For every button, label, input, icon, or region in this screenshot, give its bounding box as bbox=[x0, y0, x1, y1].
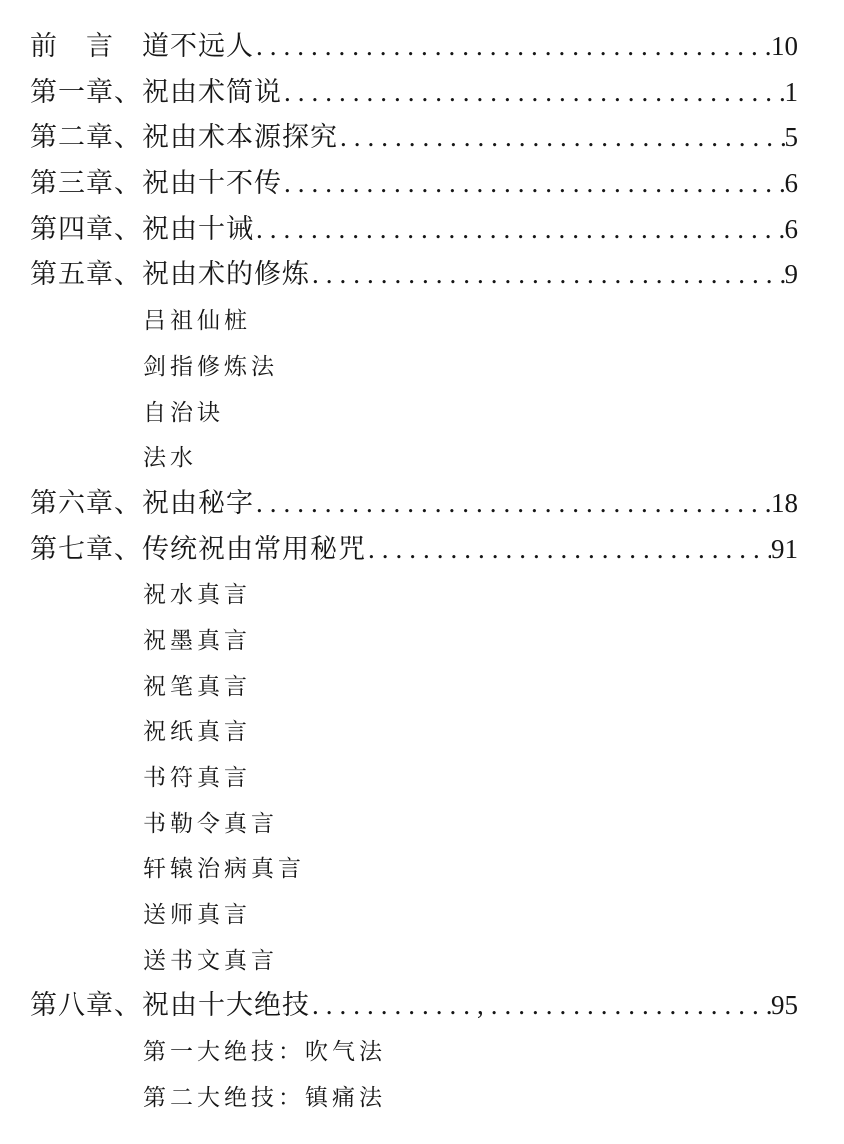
toc-leader-dots: ........................................… bbox=[338, 115, 785, 161]
toc-entry: 自治诀 bbox=[30, 390, 798, 436]
toc-entry-title: 吕祖仙桩 bbox=[143, 298, 251, 344]
toc-leader-dots: ........................................… bbox=[366, 527, 771, 573]
toc-page-number: 6 bbox=[785, 207, 799, 253]
toc-leader-dots: ........................................… bbox=[254, 207, 785, 253]
toc-entry-title: 送师真言 bbox=[143, 892, 251, 938]
toc-entry: 第四章、祝由十诫 ...............................… bbox=[30, 207, 798, 253]
table-of-contents: 前 言 道不远人 ...............................… bbox=[30, 24, 798, 1121]
toc-page-number: 9 bbox=[785, 252, 799, 298]
toc-entry: 法水 bbox=[30, 435, 798, 481]
toc-leader-dots: ........................................… bbox=[310, 252, 785, 298]
toc-leader-dots: ........................................… bbox=[282, 70, 785, 116]
toc-entry: 书勒令真言 bbox=[30, 801, 798, 847]
toc-entry-title: 第五章、祝由术的修炼 bbox=[30, 252, 310, 298]
toc-entry: 前 言 道不远人 ...............................… bbox=[30, 24, 798, 70]
toc-entry-title: 自治诀 bbox=[143, 390, 224, 436]
toc-entry: 第一大绝技：吹气法 bbox=[30, 1029, 798, 1075]
toc-entry: 第七章、传统祝由常用秘咒 ...........................… bbox=[30, 527, 798, 573]
toc-leader-dots: ........................................… bbox=[254, 24, 771, 70]
toc-entry-title: 第二大绝技：镇痛法 bbox=[143, 1075, 386, 1121]
toc-entry: 祝墨真言 bbox=[30, 618, 798, 664]
toc-entry: 第一章、祝由术简说 ..............................… bbox=[30, 70, 798, 116]
toc-entry-title: 第一大绝技：吹气法 bbox=[143, 1029, 386, 1075]
toc-entry-title: 第七章、传统祝由常用秘咒 bbox=[30, 527, 366, 573]
toc-entry: 第六章、祝由秘字 ...............................… bbox=[30, 481, 798, 527]
toc-entry-title: 祝墨真言 bbox=[143, 618, 251, 664]
toc-entry-title: 第八章、祝由十大绝技 bbox=[30, 983, 310, 1029]
toc-leader-dots: ........................................… bbox=[254, 481, 771, 527]
toc-entry: 剑指修炼法 bbox=[30, 344, 798, 390]
toc-page-number: 18 bbox=[771, 481, 798, 527]
toc-entry-title: 第三章、祝由十不传 bbox=[30, 161, 282, 207]
toc-entry: 第八章、祝由十大绝技 ............,................… bbox=[30, 983, 798, 1029]
toc-entry: 祝笔真言 bbox=[30, 664, 798, 710]
toc-entry-title: 书符真言 bbox=[143, 755, 251, 801]
toc-page-number: 95 bbox=[771, 983, 798, 1029]
toc-entry-title: 前 言 道不远人 bbox=[30, 24, 254, 70]
toc-entry-title: 祝笔真言 bbox=[143, 664, 251, 710]
toc-entry-title: 祝水真言 bbox=[143, 572, 251, 618]
toc-entry: 祝纸真言 bbox=[30, 709, 798, 755]
toc-page-number: 5 bbox=[785, 115, 799, 161]
toc-entry: 送师真言 bbox=[30, 892, 798, 938]
toc-page-number: 91 bbox=[771, 527, 798, 573]
toc-entry: 吕祖仙桩 bbox=[30, 298, 798, 344]
toc-page-number: 10 bbox=[771, 24, 798, 70]
toc-entry: 书符真言 bbox=[30, 755, 798, 801]
toc-entry-title: 书勒令真言 bbox=[143, 801, 278, 847]
toc-entry-title: 轩辕治病真言 bbox=[143, 846, 305, 892]
toc-leader-dots: ............,...........................… bbox=[310, 983, 771, 1029]
toc-entry: 第二章、祝由术本源探究 ............................… bbox=[30, 115, 798, 161]
toc-entry-title: 送书文真言 bbox=[143, 938, 278, 984]
toc-entry-title: 祝纸真言 bbox=[143, 709, 251, 755]
toc-entry-title: 第六章、祝由秘字 bbox=[30, 481, 254, 527]
toc-page-number: 1 bbox=[785, 70, 799, 116]
toc-entry: 送书文真言 bbox=[30, 938, 798, 984]
toc-entry-title: 第四章、祝由十诫 bbox=[30, 207, 254, 253]
toc-page-number: 6 bbox=[785, 161, 799, 207]
toc-entry: 第二大绝技：镇痛法 bbox=[30, 1075, 798, 1121]
toc-entry-title: 剑指修炼法 bbox=[143, 344, 278, 390]
toc-entry: 轩辕治病真言 bbox=[30, 846, 798, 892]
document-page: 前 言 道不远人 ...............................… bbox=[0, 0, 844, 1144]
toc-leader-dots: ........................................… bbox=[282, 161, 785, 207]
toc-entry-title: 第一章、祝由术简说 bbox=[30, 70, 282, 116]
toc-entry: 祝水真言 bbox=[30, 572, 798, 618]
toc-entry-title: 第二章、祝由术本源探究 bbox=[30, 115, 338, 161]
toc-entry: 第五章、祝由术的修炼 .............................… bbox=[30, 252, 798, 298]
toc-entry: 第三章、祝由十不传 ..............................… bbox=[30, 161, 798, 207]
toc-entry-title: 法水 bbox=[143, 435, 197, 481]
